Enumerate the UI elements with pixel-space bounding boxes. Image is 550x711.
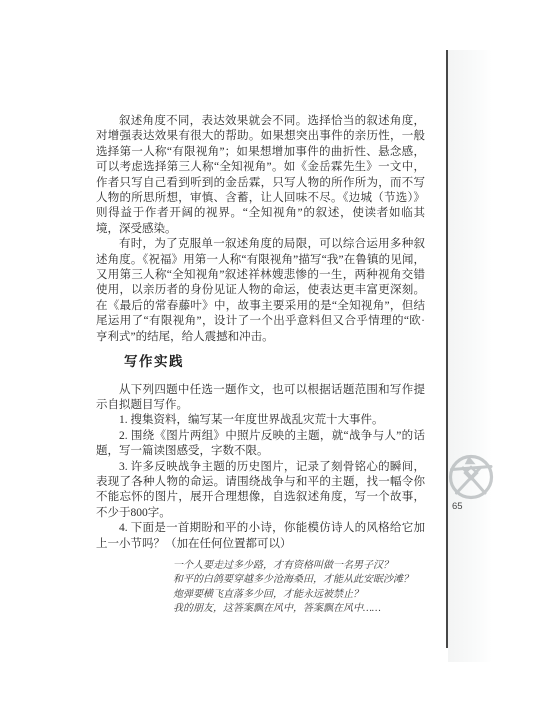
text-column: 叙述角度不同，表达效果就会不同。选择恰当的叙述角度，对增强表达效果有很大的帮助。… <box>96 114 425 617</box>
practice-intro: 从下列四题中任选一题作文，也可以根据话题范围和写作提示自拟题目写作。 <box>96 383 425 414</box>
body-paragraph: 有时，为了克服单一叙述角度的局限，可以综合运用多种叙述角度。《祝福》用第一人称“… <box>96 237 425 345</box>
practice-item: 3. 许多反映战争主题的历史图片，记录了刻骨铭心的瞬间，表现了各种人物的命运。请… <box>96 460 425 522</box>
poem-block: 一个人要走过多少路，才有资格叫做一名男子汉？ 和平的白鸽要穿越多少沧海桑田，才能… <box>173 559 425 617</box>
page-border-rule <box>446 50 448 648</box>
body-paragraph: 叙述角度不同，表达效果就会不同。选择恰当的叙述角度，对增强表达效果有很大的帮助。… <box>96 114 425 237</box>
practice-item: 4. 下面是一首期盼和平的小诗，你能模仿诗人的风格给它加上一小节吗？（加在任何位… <box>96 521 425 552</box>
poem-line: 炮弹要横飞直落多少回，才能永远被禁止？ <box>173 588 425 602</box>
page-number: 65 <box>452 501 463 512</box>
textbook-page: 叙述角度不同，表达效果就会不同。选择恰当的叙述角度，对增强表达效果有很大的帮助。… <box>0 0 550 711</box>
section-heading: 写作实践 <box>124 354 425 369</box>
wen-seal-icon <box>446 452 496 502</box>
practice-item: 2. 围绕《图片两组》中照片反映的主题，就“战争与人”的话题，写一篇读图感受，字… <box>96 429 425 460</box>
poem-line: 和平的白鸽要穿越多少沧海桑田，才能从此安眠沙滩？ <box>173 573 425 587</box>
poem-line: 一个人要走过多少路，才有资格叫做一名男子汉？ <box>173 559 425 573</box>
page-edge-shade <box>448 50 492 662</box>
practice-item: 1. 搜集资料，编写某一年度世界战乱灾荒十大事件。 <box>96 413 425 428</box>
poem-line: 我的朋友，这答案飘在风中，答案飘在风中…… <box>173 602 425 616</box>
